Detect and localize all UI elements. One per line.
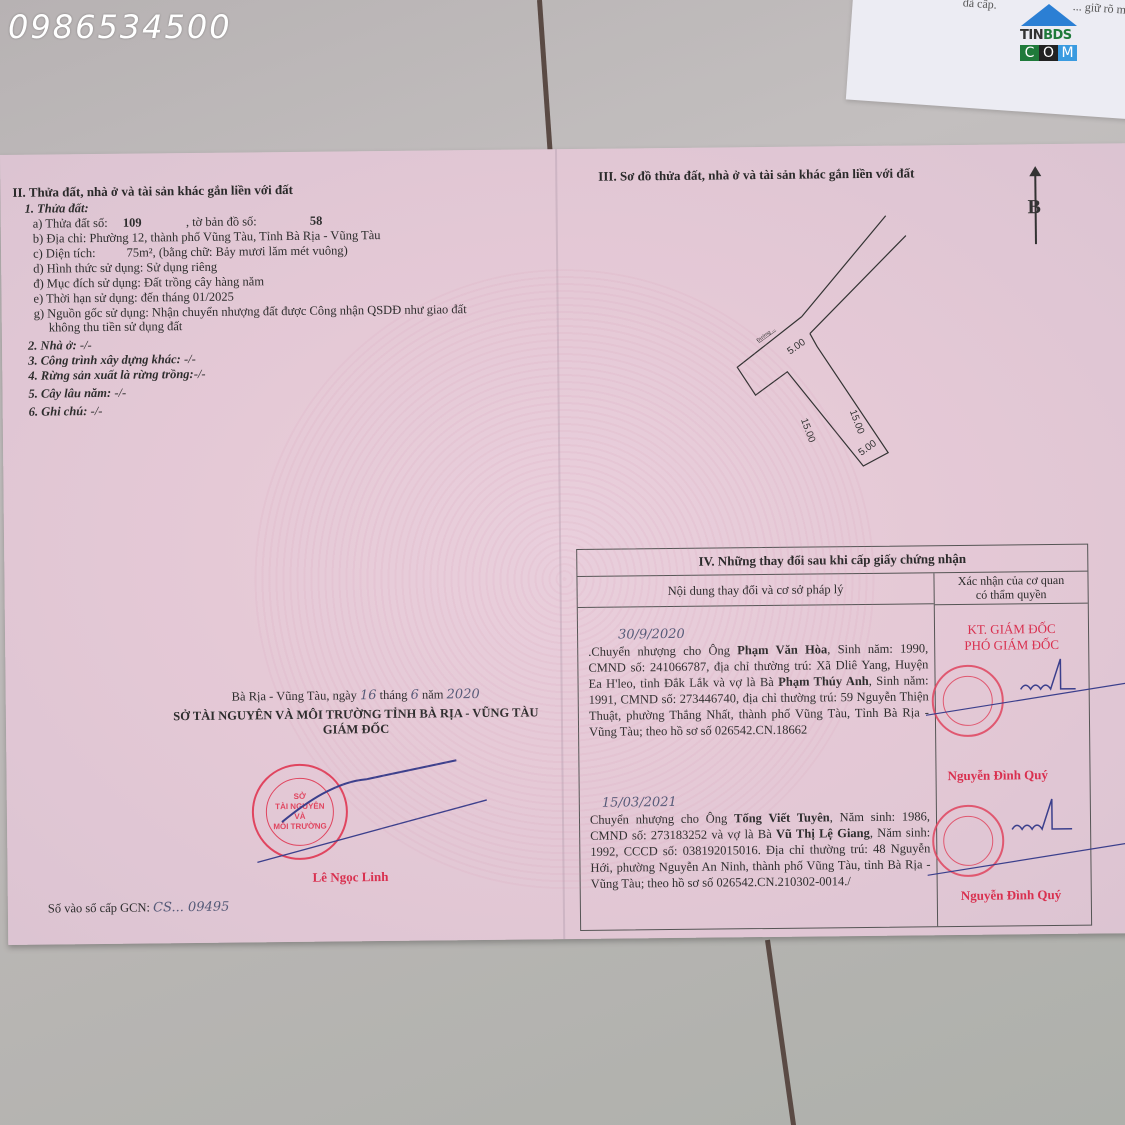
director-signature: [246, 750, 497, 873]
phone-number-watermark: 0986534500: [8, 8, 232, 46]
entry-signer: Nguyễn Đình Quý: [947, 767, 1048, 784]
road-label: Đường ...: [756, 326, 777, 343]
entry-date: 30/9/2020: [618, 624, 928, 643]
land-use-certificate: II. Thửa đất, nhà ở và tài sản khác gắn …: [0, 143, 1125, 945]
north-arrow: B: [1025, 166, 1046, 246]
change-entry: 30/9/2020 .Chuyển nhượng cho Ông Phạm Vă…: [588, 624, 929, 740]
section-ii-title: II. Thửa đất, nhà ở và tài sản khác gắn …: [12, 182, 293, 201]
column-header-content: Nội dung thay đổi và cơ sở pháp lý: [577, 573, 933, 608]
logo-com: C O M: [1020, 45, 1077, 61]
origin-row-cont: không thu tiền sử dụng đất: [49, 319, 183, 335]
change-entry: 15/03/2021 Chuyển nhượng cho Ông Tống Vi…: [590, 792, 931, 892]
background-paper: đã cấp. ... giữ rõ mọ: [846, 0, 1125, 120]
deputy-signature: [927, 783, 1125, 885]
issue-place-date: Bà Rịa - Vũng Tàu, ngày 16 tháng 6 năm 2…: [156, 686, 556, 705]
land-heading: 1. Thửa đất:: [24, 201, 88, 217]
issuing-department: SỞ TÀI NGUYÊN VÀ MÔI TRƯỜNG TỈNH BÀ RỊA …: [156, 705, 556, 739]
forest-row: 4. Rừng sản xuất là rừng trồng:-/-: [28, 367, 205, 384]
origin-row: g) Nguồn gốc sử dụng: Nhận chuyển nhượng…: [34, 302, 467, 322]
north-label: B: [1027, 196, 1041, 219]
page-fold: [555, 149, 565, 939]
section-iii-title: III. Sơ đồ thửa đất, nhà ở và tài sản kh…: [598, 165, 914, 184]
other-works-row: 3. Công trình xây dựng khác: -/-: [28, 352, 196, 369]
director-name: Lê Ngọc Linh: [313, 869, 389, 886]
paper-snippet: đã cấp.: [962, 0, 997, 13]
house-roof-icon: [1021, 4, 1077, 26]
tinbds-logo: TINBDS C O M: [1018, 4, 1080, 64]
notes-row: 6. Ghi chú: -/-: [29, 404, 103, 420]
entry-signer: Nguyễn Đình Quý: [961, 887, 1062, 904]
floor-tile-seam: [765, 940, 796, 1125]
left-dimension: 15.00: [798, 417, 817, 445]
parcel-sketch: 5.00 15.00 15.00 5.00 Đường ...: [721, 210, 934, 472]
back-dimension: 5.00: [857, 438, 880, 459]
arrow-up-icon: [1029, 166, 1041, 176]
deputy-signature: [925, 643, 1125, 745]
house-row: 2. Nhà ở: -/-: [28, 338, 92, 354]
area-row: c) Diện tích: 75m², (bằng chữ: Bảy mươi …: [33, 243, 348, 261]
front-dimension: 5.00: [785, 337, 808, 358]
register-number: Số vào sổ cấp GCN: CS... 09495: [48, 900, 230, 917]
logo-text: TINBDS: [1020, 28, 1072, 43]
floor-tile-seam: [537, 0, 553, 160]
perennial-row: 5. Cây lâu năm: -/-: [28, 386, 126, 402]
paper-snippet: ... giữ rõ mọ: [1072, 0, 1125, 18]
column-header-confirm: Xác nhận của cơ quan có thẩm quyền: [934, 572, 1087, 606]
right-dimension: 15.00: [847, 408, 866, 436]
